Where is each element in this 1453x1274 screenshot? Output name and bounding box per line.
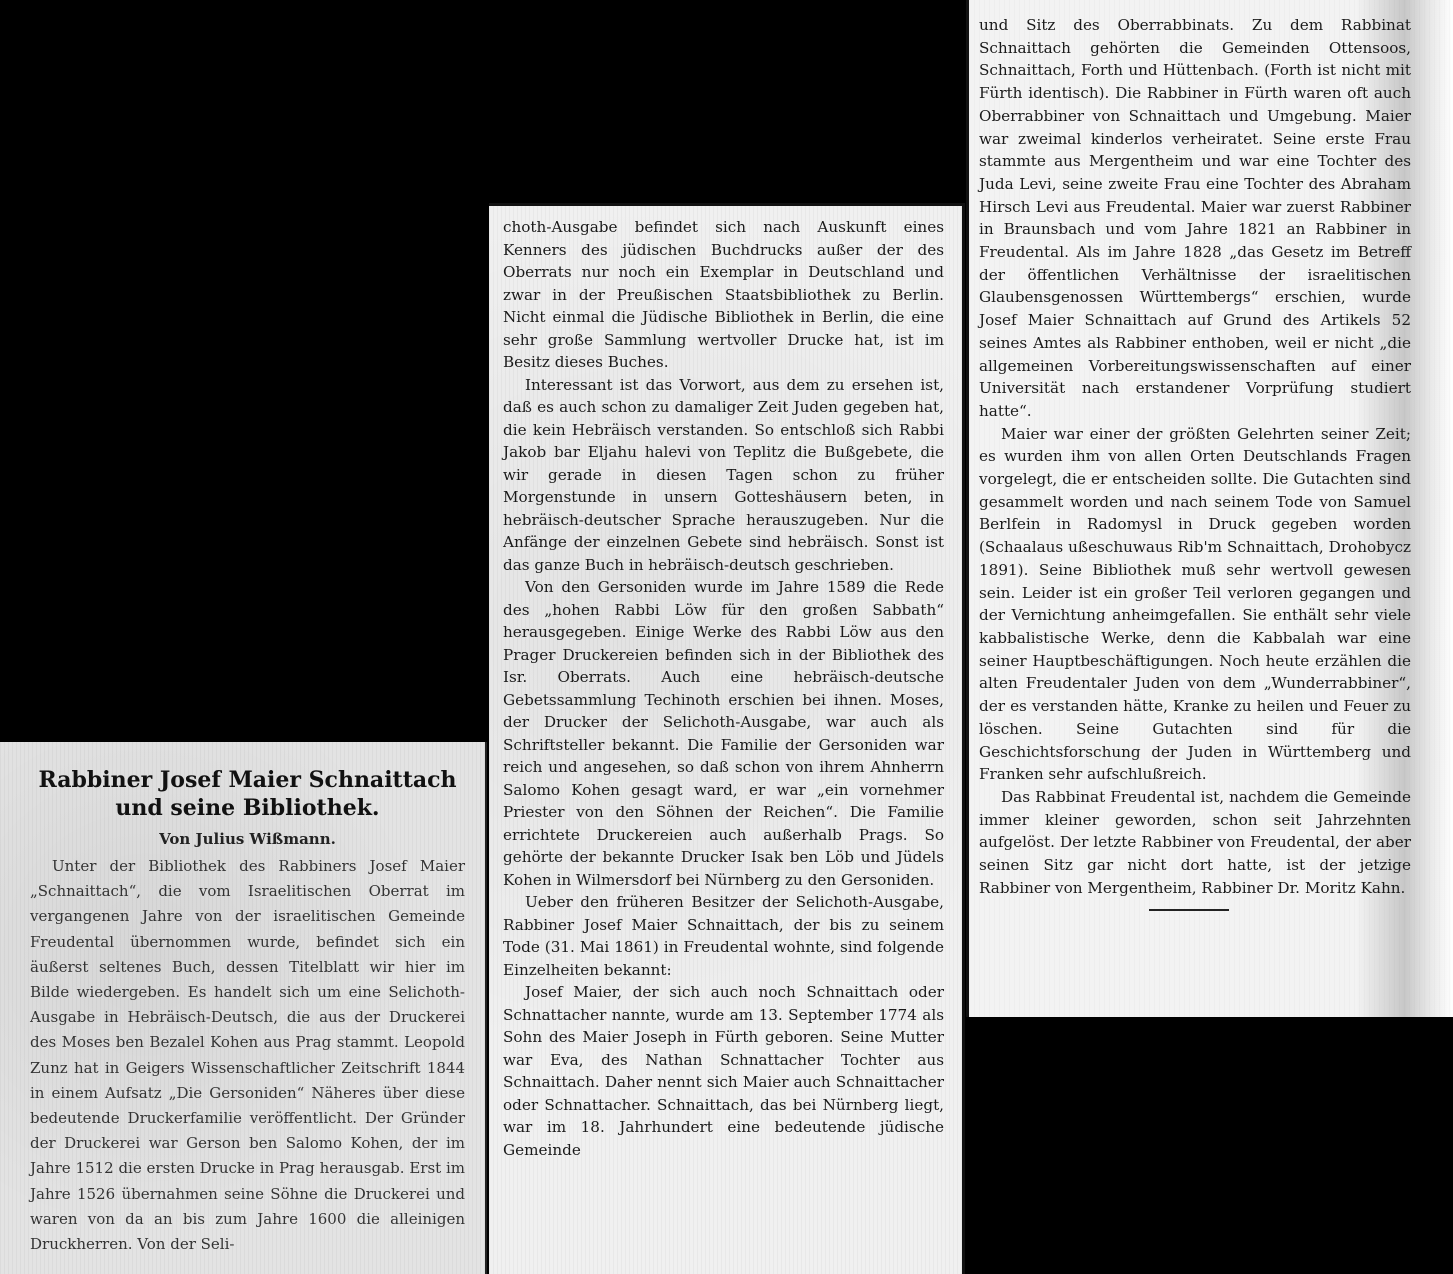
article-paragraph: Interessant ist das Vorwort, aus dem zu … xyxy=(503,374,944,577)
article-paragraph: und Sitz des Oberrabbinats. Zu dem Rabbi… xyxy=(979,14,1411,423)
article-clipping-left: Rabbiner Josef Maier Schnaittach und sei… xyxy=(0,742,487,1274)
article-paragraph: Von den Gersoniden wurde im Jahre 1589 d… xyxy=(503,576,944,891)
article-clipping-right: und Sitz des Oberrabbinats. Zu dem Rabbi… xyxy=(966,0,1453,1017)
article-title: Rabbiner Josef Maier Schnaittach und sei… xyxy=(30,766,465,822)
article-paragraph: Josef Maier, der sich auch noch Schnaitt… xyxy=(503,981,944,1161)
article-title-line-1: Rabbiner Josef Maier Schnaittach xyxy=(38,767,456,793)
article-end-rule xyxy=(1149,909,1229,911)
article-paragraph: Ueber den früheren Besitzer der Selichot… xyxy=(503,891,944,981)
article-title-line-2: und seine Bibliothek. xyxy=(115,795,379,821)
article-paragraph: Unter der Bibliothek des Rabbiners Josef… xyxy=(30,854,465,1257)
article-paragraph: Maier war einer der größten Gelehrten se… xyxy=(979,423,1411,786)
article-byline: Von Julius Wißmann. xyxy=(30,830,465,848)
article-paragraph: Das Rabbinat Freudental ist, nachdem die… xyxy=(979,786,1411,900)
article-clipping-middle: choth-Ausgabe befindet sich nach Auskunf… xyxy=(489,203,965,1274)
article-paragraph: choth-Ausgabe befindet sich nach Auskunf… xyxy=(503,216,944,374)
